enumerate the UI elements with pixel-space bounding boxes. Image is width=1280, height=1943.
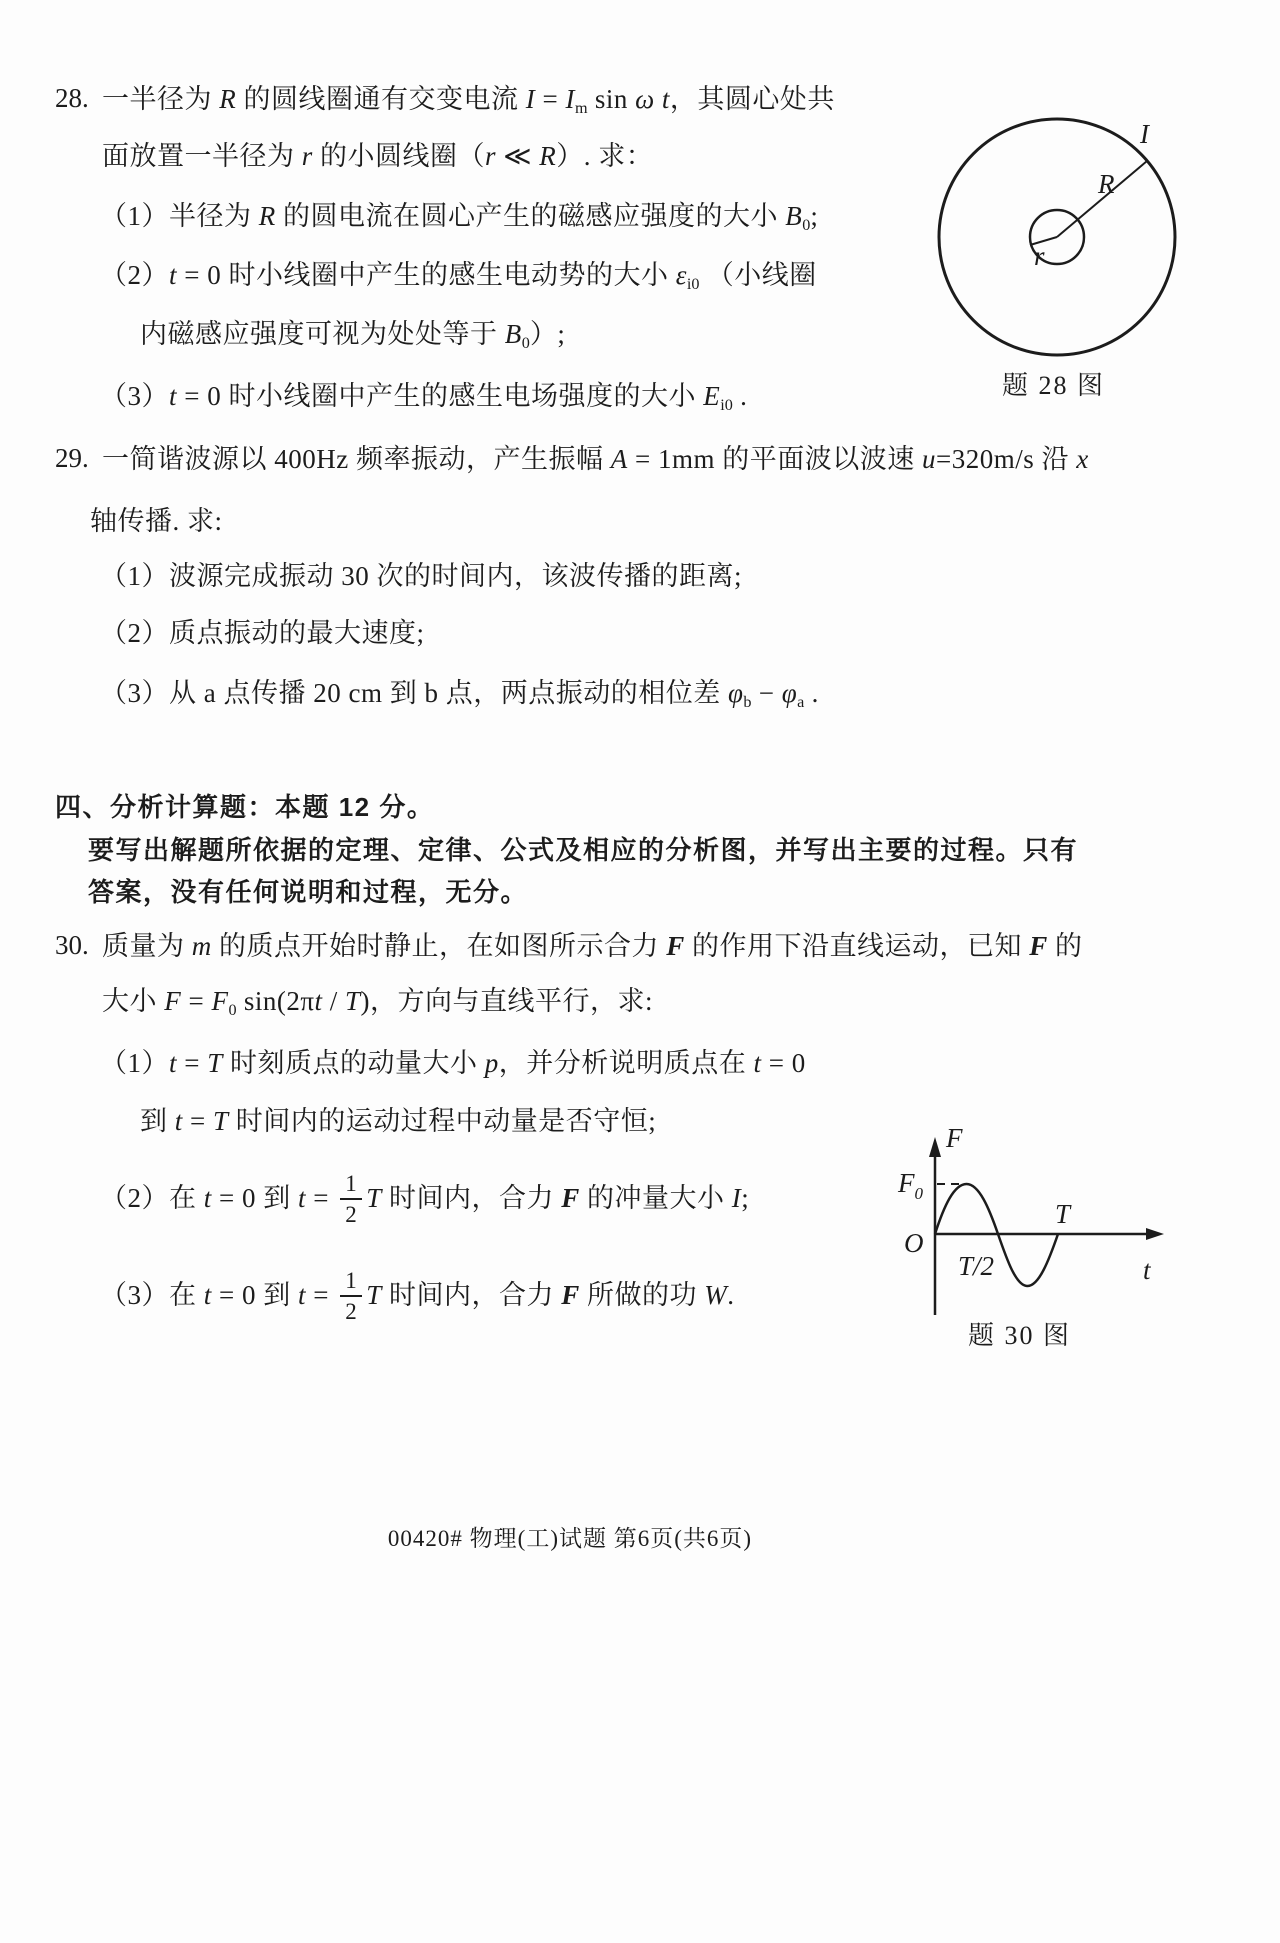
question-30-item-2: （2）在 t = 0 到 t = 12T 时间内，合力 F 的冲量大小 I; — [100, 1163, 749, 1235]
question-30-line-2: 大小 F = F0 sin(2πt / T)，方向与直线平行，求: — [102, 985, 653, 1020]
question-30-line-1: 质量为 m 的质点开始时静止，在如图所示合力 F 的作用下沿直线运动，已知 F … — [102, 930, 1083, 964]
figure-28-label-big-radius: R — [1097, 169, 1115, 199]
figure-28-coils-diagram: I R r — [930, 75, 1190, 375]
question-30-item-1: （1）t = T 时刻质点的动量大小 p，并分析说明质点在 t = 0 — [100, 1047, 806, 1081]
figure-30-label-F0: F0 — [897, 1168, 924, 1203]
question-29-item-3: （3）从 a 点传播 20 cm 到 b 点，两点振动的相位差 φb − φa … — [100, 677, 819, 712]
question-28-line-1: 一半径为 R 的圆线圈通有交变电流 I = Im sin ω t，其圆心处共 — [102, 83, 835, 118]
question-28-item-2: （2）t = 0 时小线圈中产生的感生电动势的大小 εi0 （小线圈 — [100, 259, 817, 294]
exam-page: 28. 一半径为 R 的圆线圈通有交变电流 I = Im sin ω t，其圆心… — [0, 0, 1280, 1943]
figure-30-label-T-half: T/2 — [958, 1251, 994, 1281]
figure-30-label-O: O — [904, 1228, 924, 1258]
question-30-number: 30. — [55, 930, 89, 961]
question-28-item-2-cont: 内磁感应强度可视为处处等于 B0）; — [140, 318, 565, 353]
question-29-number: 29. — [55, 443, 89, 474]
question-28-item-3: （3）t = 0 时小线圈中产生的感生电场强度的大小 Ei0 . — [100, 380, 747, 415]
question-29-item-1: （1）波源完成振动 30 次的时间内，该波传播的距离; — [100, 560, 742, 594]
figure-28-label-current: I — [1139, 119, 1151, 149]
question-29-line-2: 轴传播. 求: — [90, 505, 223, 539]
figure-30-f-axis-arrow — [929, 1137, 941, 1157]
figure-30-t-axis-arrow — [1146, 1228, 1164, 1240]
figure-30-label-T: T — [1055, 1199, 1072, 1229]
question-28-line-2: 面放置一半径为 r 的小圆线圈（r ≪ R）. 求： — [102, 140, 653, 174]
question-30-item-1-cont: 到 t = T 时间内的运动过程中动量是否守恒; — [140, 1105, 656, 1139]
figure-30-caption: 题 30 图 — [968, 1315, 1071, 1352]
question-28-number: 28. — [55, 83, 89, 114]
figure-30-force-time-graph: F F0 O T T/2 t — [880, 1115, 1190, 1320]
figure-28-caption: 题 28 图 — [1002, 365, 1105, 402]
section-4-instructions-2: 答案，没有任何说明和过程，无分。 — [88, 876, 528, 909]
figure-30-label-t: t — [1143, 1255, 1152, 1285]
question-30-item-3: （3）在 t = 0 到 t = 12T 时间内，合力 F 所做的功 W. — [100, 1260, 735, 1332]
question-29-item-2: （2）质点振动的最大速度; — [100, 617, 425, 651]
figure-28-label-small-radius: r — [1034, 241, 1045, 271]
section-4-instructions-1: 要写出解题所依据的定理、定律、公式及相应的分析图，并写出主要的过程。只有 — [88, 834, 1078, 867]
figure-30-label-F: F — [945, 1123, 963, 1153]
question-29-line-1: 一简谐波源以 400Hz 频率振动，产生振幅 A = 1mm 的平面波以波速 u… — [102, 443, 1089, 477]
section-4-heading: 四、分析计算题：本题 12 分。 — [55, 791, 434, 824]
question-28-item-1: （1）半径为 R 的圆电流在圆心产生的磁感应强度的大小 B0; — [100, 200, 818, 235]
page-footer: 00420# 物理(工)试题 第6页(共6页) — [0, 1520, 1140, 1553]
